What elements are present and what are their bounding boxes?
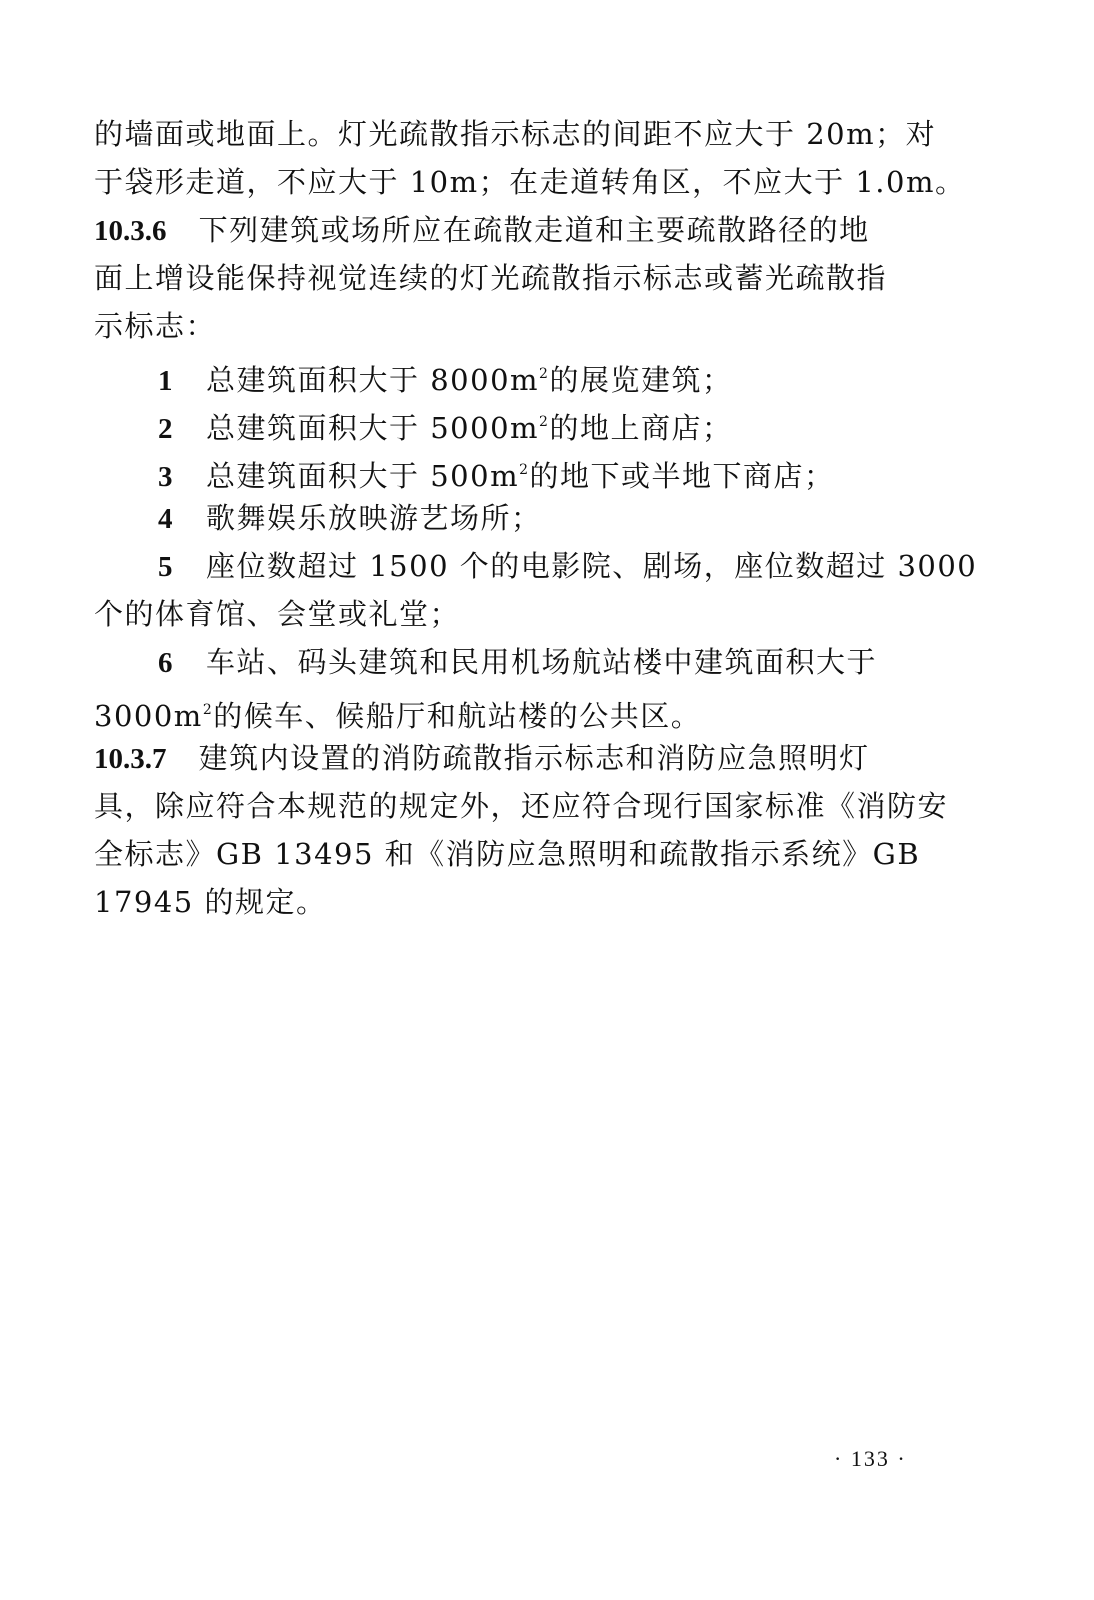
section-text: 下列建筑或场所应在疏散走道和主要疏散路径的地 bbox=[199, 213, 870, 247]
list-text: 总建筑面积大于 5000m bbox=[206, 411, 539, 445]
paragraph-line: 具，除应符合本规范的规定外，还应符合现行国家标准《消防安 bbox=[94, 782, 948, 830]
section-10-3-7-heading: 10.3.7 建筑内设置的消防疏散指示标志和消防应急照明灯 bbox=[94, 734, 870, 782]
list-text: 歌舞娱乐放映游艺场所； bbox=[206, 501, 542, 535]
list-item-continuation: 3000m2的候车、候船厅和航站楼的公共区。 bbox=[94, 686, 701, 734]
page-number: · 133 · bbox=[834, 1446, 907, 1472]
list-index: 6 bbox=[158, 639, 206, 687]
list-item: 6车站、码头建筑和民用机场航站楼中建筑面积大于 bbox=[158, 638, 877, 686]
paragraph-line: 全标志》GB 13495 和《消防应急照明和疏散指示系统》GB bbox=[94, 830, 920, 878]
list-item: 5座位数超过 1500 个的电影院、剧场，座位数超过 3000 bbox=[158, 542, 977, 590]
superscript: 2 bbox=[203, 702, 213, 718]
list-text: 座位数超过 1500 个的电影院、剧场，座位数超过 3000 bbox=[206, 549, 977, 583]
list-item: 3总建筑面积大于 500m2的地下或半地下商店； bbox=[158, 446, 835, 494]
paragraph-line: 于袋形走道，不应大于 10m；在走道转角区，不应大于 1.0m。 bbox=[94, 158, 965, 206]
list-text: 的候车、候船厅和航站楼的公共区。 bbox=[213, 699, 701, 733]
list-item-continuation: 个的体育馆、会堂或礼堂； bbox=[94, 590, 460, 638]
list-item: 4歌舞娱乐放映游艺场所； bbox=[158, 494, 542, 542]
list-index: 5 bbox=[158, 543, 206, 591]
list-text: 车站、码头建筑和民用机场航站楼中建筑面积大于 bbox=[206, 645, 877, 679]
section-number: 10.3.7 bbox=[94, 743, 167, 775]
section-number: 10.3.6 bbox=[94, 215, 167, 247]
section-text: 建筑内设置的消防疏散指示标志和消防应急照明灯 bbox=[199, 741, 870, 775]
list-text: 总建筑面积大于 500m bbox=[206, 459, 519, 493]
superscript: 2 bbox=[539, 414, 549, 430]
paragraph-line: 17945 的规定。 bbox=[94, 878, 326, 926]
superscript: 2 bbox=[539, 366, 549, 382]
section-10-3-6-heading: 10.3.6 下列建筑或场所应在疏散走道和主要疏散路径的地 bbox=[94, 206, 870, 254]
list-item: 2总建筑面积大于 5000m2的地上商店； bbox=[158, 398, 732, 446]
list-index: 4 bbox=[158, 495, 206, 543]
list-item: 1总建筑面积大于 8000m2的展览建筑； bbox=[158, 350, 732, 398]
list-text: 的展览建筑； bbox=[549, 363, 732, 397]
list-text: 的地下或半地下商店； bbox=[530, 459, 835, 493]
paragraph-line: 示标志： bbox=[94, 302, 216, 350]
superscript: 2 bbox=[519, 462, 529, 478]
list-text: 的地上商店； bbox=[549, 411, 732, 445]
paragraph-line: 的墙面或地面上。灯光疏散指示标志的间距不应大于 20m；对 bbox=[94, 110, 936, 158]
list-text: 总建筑面积大于 8000m bbox=[206, 363, 539, 397]
paragraph-line: 面上增设能保持视觉连续的灯光疏散指示标志或蓄光疏散指 bbox=[94, 254, 887, 302]
list-text: 3000m bbox=[94, 699, 203, 733]
